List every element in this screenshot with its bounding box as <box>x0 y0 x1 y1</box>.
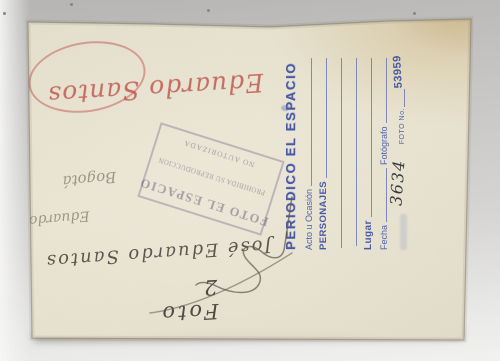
field-lugar: Lugar <box>359 55 374 250</box>
blank-row-1 <box>329 55 344 250</box>
foto-no-blank-line <box>404 89 405 107</box>
pencil-note-line1: Eduardos <box>20 197 91 239</box>
personajes-blank-line <box>326 58 327 178</box>
fotografo-blank-line <box>386 58 387 123</box>
archive-stamp-title-text: PERIODICO EL ESPACIO <box>283 62 298 250</box>
stamped-foto-number: 53959 <box>391 55 405 89</box>
blank-line <box>341 58 342 248</box>
handwritten-archive-number: 3634 <box>386 159 408 207</box>
lugar-blank-line <box>371 58 372 217</box>
blank-row-2 <box>344 55 359 250</box>
reproduction-stamp: FOTO EL ESPACIO PROHIBIDA SU REPRODUCCIO… <box>137 122 284 235</box>
lugar-label: Lugar <box>363 220 374 250</box>
photo-paper-back: Eduardo Santos FOTO EL ESPACIO PROHIBIDA… <box>0 0 500 361</box>
personajes-label: PERSONAJES <box>318 181 329 250</box>
dust-speck <box>3 12 6 15</box>
photo-verso-scan: Eduardo Santos FOTO EL ESPACIO PROHIBIDA… <box>0 0 500 361</box>
reproduction-stamp-line3: NO AUTORIZADA <box>182 138 256 169</box>
fecha-label: Fecha <box>379 225 389 250</box>
pencil-note-line2: Bogotá <box>17 159 118 203</box>
archive-form-stamp: PERIODICO EL ESPACIO Acto u Ocasión PERS… <box>283 55 418 250</box>
foto-no-label: FOTO No. <box>399 108 409 144</box>
dust-speck <box>70 3 73 6</box>
acto-blank-line <box>311 58 312 186</box>
pencil-caption-name: José Eduardo Santos <box>34 235 273 273</box>
field-personajes: PERSONAJES <box>314 55 329 250</box>
dust-speck <box>413 12 416 15</box>
blank-line <box>356 58 357 246</box>
field-acto-u-ocasion: Acto u Ocasión <box>299 55 314 250</box>
field-fecha-fotografo: Fecha Fotógrafo <box>374 55 389 250</box>
archive-stamp-title: PERIODICO EL ESPACIO <box>283 55 299 250</box>
faded-stamp-smear <box>400 214 407 250</box>
ink-blot <box>281 105 290 111</box>
fotografo-label: Fotógrafo <box>379 126 389 165</box>
pencil-caption-foto: Foto 2 <box>137 275 219 327</box>
dust-speck <box>207 9 210 12</box>
reproduction-stamp-title: FOTO EL ESPACIO <box>137 174 270 229</box>
field-foto-no: 3634 FOTO No. 53959 <box>389 55 409 250</box>
acto-label: Acto u Ocasión <box>304 189 314 250</box>
pencil-note-left: Eduardos Bogotá <box>17 159 121 239</box>
